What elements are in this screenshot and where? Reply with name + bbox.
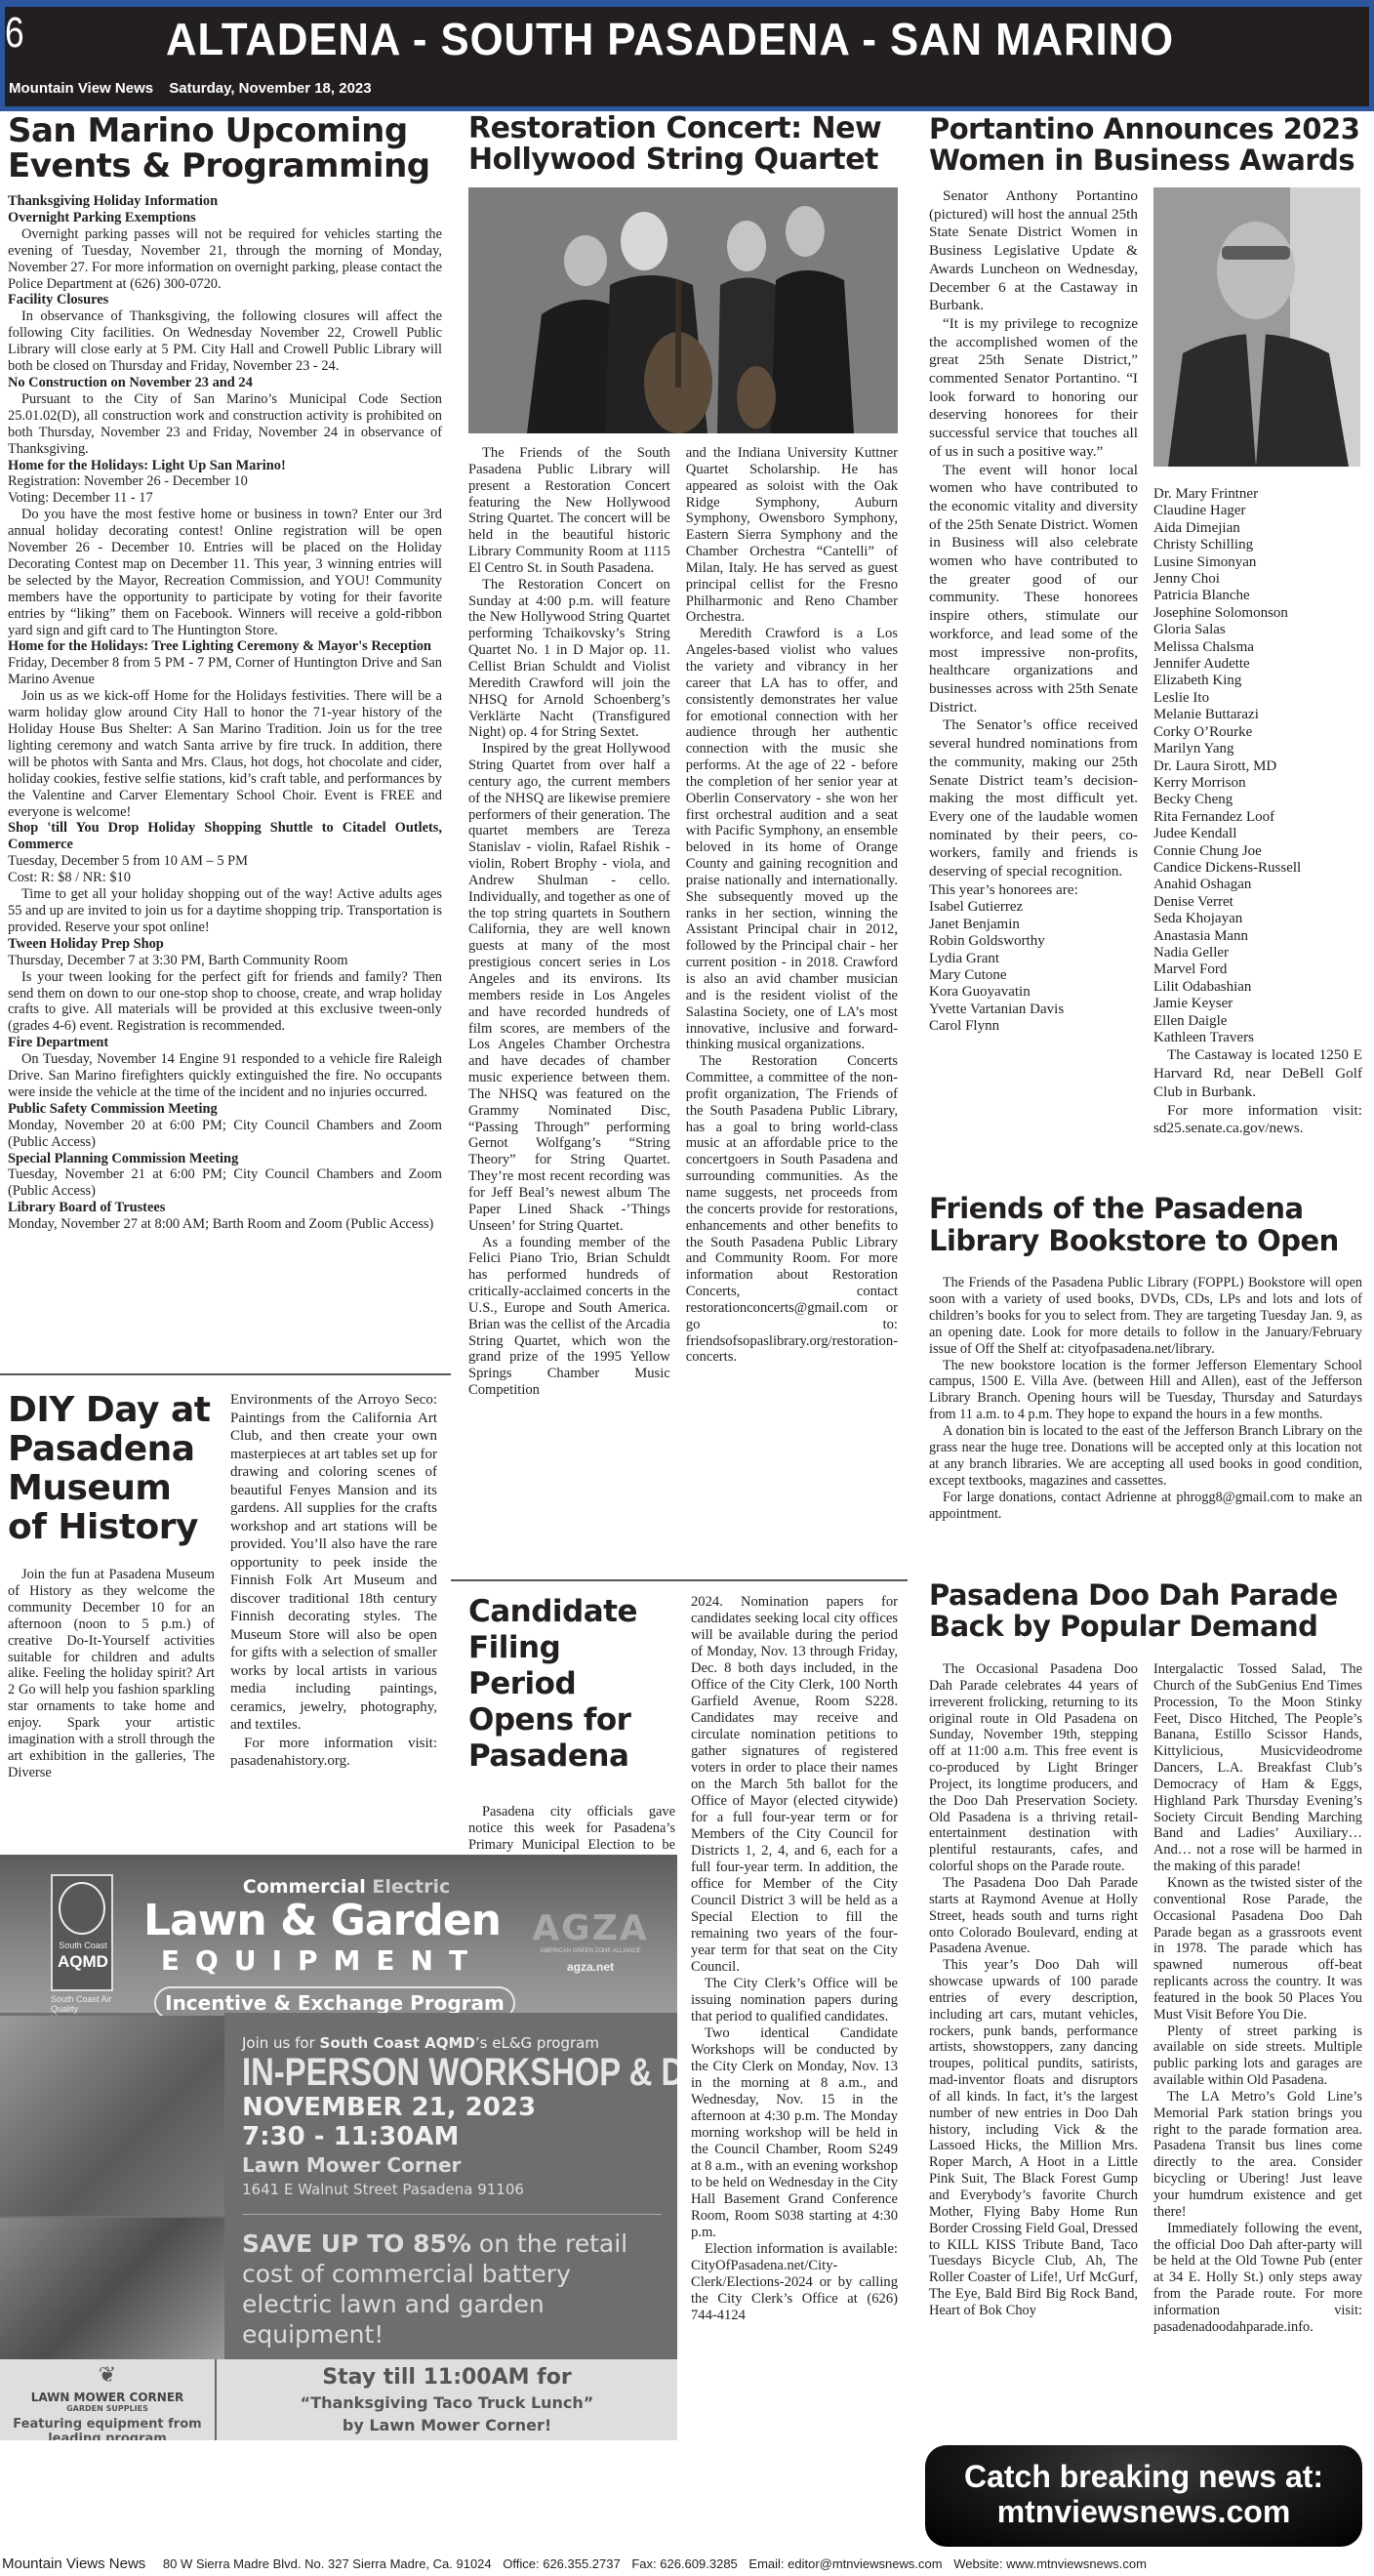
- honoree-name: Kerry Morrison: [1153, 775, 1362, 792]
- lawn-mower-corner-logo: ❦ LAWN MOWER CORNER GARDEN SUPPLIES Feat…: [0, 2359, 217, 2440]
- paragraph: The City Clerk’s Office will be issuing …: [691, 1976, 898, 2025]
- paragraph: In observance of Thanksgiving, the follo…: [8, 308, 442, 375]
- honoree-name: Melanie Buttarazi: [1153, 707, 1362, 723]
- paragraph: The Occasional Pasadena Doo Dah Parade c…: [929, 1661, 1138, 1875]
- event-venue: Lawn Mower Corner: [242, 2153, 662, 2177]
- honoree-name: Marvel Ford: [1153, 961, 1362, 978]
- subheading: Library Board of Trustees: [8, 1200, 442, 1216]
- paragraph: As a founding member of the Felici Piano…: [468, 1235, 670, 1399]
- honoree-name: Josephine Solomonson: [1153, 605, 1362, 622]
- paragraph: A donation bin is located to the east of…: [929, 1423, 1362, 1490]
- paragraph: Pursuant to the City of San Marino’s Mun…: [8, 391, 442, 458]
- headline: Candidate Filing Period Opens for Pasade…: [468, 1594, 675, 1775]
- headline: Portantino Announces 2023 Women in Busin…: [929, 113, 1362, 176]
- footer-brand: Mountain Views News: [2, 2556, 145, 2572]
- paragraph: Join us as we kick-off Home for the Holi…: [8, 688, 442, 820]
- paragraph: The new bookstore location is the former…: [929, 1358, 1362, 1424]
- savings-text: SAVE UP TO 85% on the retail cost of com…: [242, 2228, 662, 2350]
- honoree-name: Marilyn Yang: [1153, 741, 1362, 757]
- article-restoration-concert: Restoration Concert: New Hollywood Strin…: [468, 113, 898, 1399]
- paper-name: Mountain View News: [9, 80, 153, 97]
- honoree-name: Kora Guoyavatin: [929, 984, 1138, 1001]
- agza-logo: AGZA AMERICAN GREEN ZONE ALLIANCE agza.n…: [522, 1908, 659, 1974]
- masthead-subline: Mountain View News Saturday, November 18…: [9, 80, 384, 97]
- workshop-photo-2: [0, 2218, 224, 2359]
- subheading: Tween Holiday Prep Shop: [8, 936, 442, 953]
- paragraph: Tuesday, December 5 from 10 AM – 5 PM: [8, 853, 442, 870]
- honoree-name: Lusine Simonyan: [1153, 554, 1362, 571]
- ad-event-details: Join us for South Coast AQMD’s eL&G prog…: [224, 2013, 677, 2359]
- honoree-name: Janet Benjamin: [929, 917, 1138, 933]
- subheading: No Construction on November 23 and 24: [8, 375, 442, 391]
- divider: [242, 2214, 662, 2215]
- subheading: Facility Closures: [8, 292, 442, 308]
- subheading: Overnight Parking Exemptions: [8, 210, 442, 226]
- honorees-list-1: Isabel GutierrezJanet BenjaminRobin Gold…: [929, 899, 1138, 1035]
- subheading: Special Planning Commission Meeting: [8, 1151, 442, 1167]
- more-info: For more information visit: sd25.senate.…: [1153, 1102, 1362, 1138]
- honoree-name: Candice Dickens-Russell: [1153, 860, 1362, 877]
- paragraph: The Pasadena Doo Dah Parade starts at Ra…: [929, 1875, 1138, 1957]
- honoree-name: Corky O’Rourke: [1153, 724, 1362, 741]
- honoree-name: Denise Verret: [1153, 894, 1362, 911]
- masthead: 6 ALTADENA - SOUTH PASADENA - SAN MARINO…: [0, 0, 1374, 111]
- paragraph: and the Indiana University Kuttner Quart…: [686, 445, 898, 626]
- leaf-icon: ❦: [4, 2365, 211, 2387]
- honoree-name: Aida Dimejian: [1153, 520, 1362, 537]
- honorees-list-2: Dr. Mary FrintnerClaudine HagerAida Dime…: [1153, 486, 1362, 1046]
- paragraph: The Restoration Concert on Sunday at 4:0…: [468, 577, 670, 741]
- paragraph: The Restoration Concerts Committee, a co…: [686, 1053, 898, 1366]
- paragraph: Intergalactic Tossed Salad, The Church o…: [1153, 1661, 1362, 1875]
- paragraph: On Tuesday, November 14 Engine 91 respon…: [8, 1051, 442, 1101]
- ad-footer: ❦ LAWN MOWER CORNER GARDEN SUPPLIES Feat…: [0, 2359, 677, 2440]
- footer-email[interactable]: Email: editor@mtnviewsnews.com: [748, 2556, 942, 2571]
- honoree-name: Kathleen Travers: [1153, 1030, 1362, 1046]
- subheading: Thanksgiving Holiday Information: [8, 193, 442, 210]
- honoree-name: Rita Fernandez Loof: [1153, 809, 1362, 826]
- headline: Restoration Concert: New Hollywood Strin…: [468, 113, 898, 176]
- section-title: ALTADENA - SOUTH PASADENA - SAN MARINO: [166, 13, 1174, 65]
- paragraph: Monday, November 27 at 8:00 AM; Barth Ro…: [8, 1216, 442, 1233]
- paragraph: Do you have the most festive home or bus…: [8, 507, 442, 638]
- paragraph: The Friends of the South Pasadena Public…: [468, 445, 670, 577]
- event-headline: IN-PERSON WORKSHOP & DEMO: [242, 2052, 586, 2093]
- honoree-name: Dr. Laura Sirott, MD: [1153, 758, 1362, 775]
- paragraph: Thursday, December 7 at 3:30 PM, Barth C…: [8, 953, 442, 969]
- bird-icon: [59, 1882, 105, 1935]
- taco-lunch-promo: Stay till 11:00AM for “Thanksgiving Taco…: [217, 2359, 677, 2440]
- subheading: Shop 'till You Drop Holiday Shopping Shu…: [8, 820, 442, 853]
- honoree-name: Lilit Odabashian: [1153, 979, 1362, 996]
- event-time: 7:30 - 11:30AM: [242, 2122, 662, 2151]
- quartet-photo-illustration: [468, 187, 898, 433]
- honoree-name: Jenny Choi: [1153, 571, 1362, 588]
- paragraph: Plenty of street parking is available on…: [1153, 2024, 1362, 2089]
- paragraph: Election information is available: CityO…: [691, 2241, 898, 2324]
- paragraph: Voting: December 11 - 17: [8, 490, 442, 507]
- page-footer: Mountain Views News 80 W Sierra Madre Bl…: [0, 2552, 1374, 2576]
- honoree-name: Anastasia Mann: [1153, 928, 1362, 945]
- workshop-photo-1: [0, 2016, 224, 2216]
- article-portantino-awards: Portantino Announces 2023 Women in Busin…: [929, 113, 1362, 1138]
- honoree-name: Jennifer Audette: [1153, 656, 1362, 673]
- paragraph: Immediately following the event, the off…: [1153, 2221, 1362, 2336]
- paragraph: Join the fun at Pasadena Museum of Histo…: [8, 1567, 215, 1781]
- article-san-marino: San Marino Upcoming Events & Programming…: [8, 113, 442, 1233]
- paragraph: The Friends of the Pasadena Public Libra…: [929, 1275, 1362, 1358]
- paragraph: For large donations, contact Adrienne at…: [929, 1490, 1362, 1523]
- senator-photo: [1153, 187, 1360, 467]
- aqmd-logo: South Coast AQMD: [51, 1874, 113, 1991]
- article-diy-day: DIY Day at Pasadena Museum of History Jo…: [8, 1391, 437, 1781]
- paragraph: Friday, December 8 from 5 PM - 7 PM, Cor…: [8, 655, 442, 688]
- footer-office: Office: 626.355.2737: [503, 2556, 620, 2571]
- footer-website[interactable]: Website: www.mtnviewsnews.com: [953, 2556, 1147, 2571]
- honoree-name: Christy Schilling: [1153, 537, 1362, 553]
- paragraph: Is your tween looking for the perfect gi…: [8, 969, 442, 1036]
- subheading: Public Safety Commission Meeting: [8, 1101, 442, 1118]
- paragraph: “It is my privilege to recognize the acc…: [929, 315, 1138, 462]
- article-library-bookstore: Friends of the Pasadena Library Bookstor…: [929, 1193, 1362, 1523]
- event-date: NOVEMBER 21, 2023: [242, 2093, 662, 2122]
- footer-fax: Fax: 626.609.3285: [631, 2556, 737, 2571]
- ad-line-2: Lawn & Garden: [127, 1898, 517, 1944]
- honoree-name: Mary Cutone: [929, 967, 1138, 984]
- honoree-name: Claudine Hager: [1153, 503, 1362, 519]
- footer-address: 80 W Sierra Madre Blvd. No. 327 Sierra M…: [163, 2556, 492, 2571]
- honoree-name: Gloria Salas: [1153, 622, 1362, 638]
- honoree-name: Nadia Geller: [1153, 945, 1362, 961]
- headline: Friends of the Pasadena Library Bookstor…: [929, 1193, 1362, 1257]
- subheading: Fire Department: [8, 1035, 442, 1051]
- honoree-name: Connie Chung Joe: [1153, 843, 1362, 860]
- article-body: Thanksgiving Holiday InformationOvernigh…: [8, 193, 442, 1233]
- paragraph: Two identical Candidate Workshops will b…: [691, 2025, 898, 2241]
- paragraph: This year’s Doo Dah will showcase upward…: [929, 1957, 1138, 2319]
- paragraph: Time to get all your holiday shopping ou…: [8, 886, 442, 936]
- headline: DIY Day at Pasadena Museum of History: [8, 1391, 215, 1547]
- issue-date: Saturday, November 18, 2023: [169, 80, 371, 97]
- agza-url[interactable]: agza.net: [522, 1960, 659, 1974]
- paragraph: The LA Metro’s Gold Line’s Memorial Park…: [1153, 2089, 1362, 2221]
- paragraph: Environments of the Arroyo Seco: Paintin…: [230, 1391, 437, 1735]
- honoree-name: Ellen Daigle: [1153, 1013, 1362, 1030]
- honoree-name: Becky Cheng: [1153, 792, 1362, 808]
- paragraph: Monday, November 20 at 6:00 PM; City Cou…: [8, 1118, 442, 1151]
- honoree-name: Judee Kendall: [1153, 826, 1362, 842]
- join-line: Join us for South Coast AQMD’s eL&G prog…: [242, 2034, 662, 2052]
- honoree-name: Seda Khojayan: [1153, 911, 1362, 927]
- more-info: For more information visit: pasadenahist…: [230, 1735, 437, 1771]
- honoree-name: Robin Goldsworthy: [929, 933, 1138, 950]
- paragraph: The event will honor local women who hav…: [929, 462, 1138, 717]
- honoree-name: Yvette Vartanian Davis: [929, 1002, 1138, 1018]
- paragraph: Cost: R: $8 / NR: $10: [8, 870, 442, 886]
- honoree-name: Dr. Mary Frintner: [1153, 486, 1362, 503]
- subheading: Home for the Holidays: Light Up San Mari…: [8, 458, 442, 474]
- headline: San Marino Upcoming Events & Programming: [8, 113, 442, 184]
- honoree-name: Lydia Grant: [929, 951, 1138, 967]
- honoree-name: Anahid Oshagan: [1153, 877, 1362, 893]
- paragraph: Inspired by the great Hollywood String Q…: [468, 741, 670, 1234]
- honoree-name: Elizabeth King: [1153, 673, 1362, 689]
- event-address: 1641 E Walnut Street Pasadena 91106: [242, 2181, 662, 2198]
- headline: Pasadena Doo Dah Parade Back by Popular …: [929, 1579, 1362, 1642]
- lawn-garden-advertisement[interactable]: South Coast AQMD South Coast Air Quality…: [0, 1855, 677, 2440]
- ad-line-3: EQUIPMENT: [127, 1944, 517, 1977]
- senator-photo-illustration: [1153, 187, 1360, 467]
- closing: The Castaway is located 1250 E Harvard R…: [1153, 1046, 1362, 1101]
- website-link[interactable]: mtnviewsnews.com: [925, 2494, 1362, 2529]
- paragraph: Tuesday, November 21 at 6:00 PM; City Co…: [8, 1166, 442, 1200]
- honoree-name: Leslie Ito: [1153, 690, 1362, 707]
- honoree-name: Patricia Blanche: [1153, 588, 1362, 604]
- subheading: Home for the Holidays: Tree Lighting Cer…: [8, 638, 442, 655]
- honoree-name: Isabel Gutierrez: [929, 899, 1138, 916]
- paragraph: Registration: November 26 - December 10: [8, 473, 442, 490]
- paragraph: The Senator’s office received several hu…: [929, 716, 1138, 880]
- paragraph: Meredith Crawford is a Los Angeles-based…: [686, 626, 898, 1053]
- honorees-intro: This year’s honorees are:: [929, 881, 1138, 900]
- article-doo-dah-parade: Pasadena Doo Dah Parade Back by Popular …: [929, 1579, 1362, 2336]
- divider: [0, 1373, 451, 1375]
- page-number: 6: [5, 9, 24, 58]
- honoree-name: Melissa Chalsma: [1153, 639, 1362, 656]
- paragraph: Known as the twisted sister of the conve…: [1153, 1875, 1362, 2024]
- quartet-photo: [468, 187, 898, 433]
- honoree-name: Carol Flynn: [929, 1018, 1138, 1035]
- breaking-news-banner[interactable]: Catch breaking news at: mtnviewsnews.com: [925, 2445, 1362, 2547]
- ad-line-1: Commercial Electric: [171, 1876, 522, 1898]
- ad-banner: South Coast AQMD South Coast Air Quality…: [0, 1855, 677, 2013]
- divider: [451, 1579, 908, 1581]
- paragraph: 2024. Nomination papers for candidates s…: [691, 1594, 898, 1976]
- paragraph: Senator Anthony Portantino (pictured) wi…: [929, 187, 1138, 315]
- paragraph: Overnight parking passes will not be req…: [8, 226, 442, 293]
- honoree-name: Jamie Keyser: [1153, 996, 1362, 1012]
